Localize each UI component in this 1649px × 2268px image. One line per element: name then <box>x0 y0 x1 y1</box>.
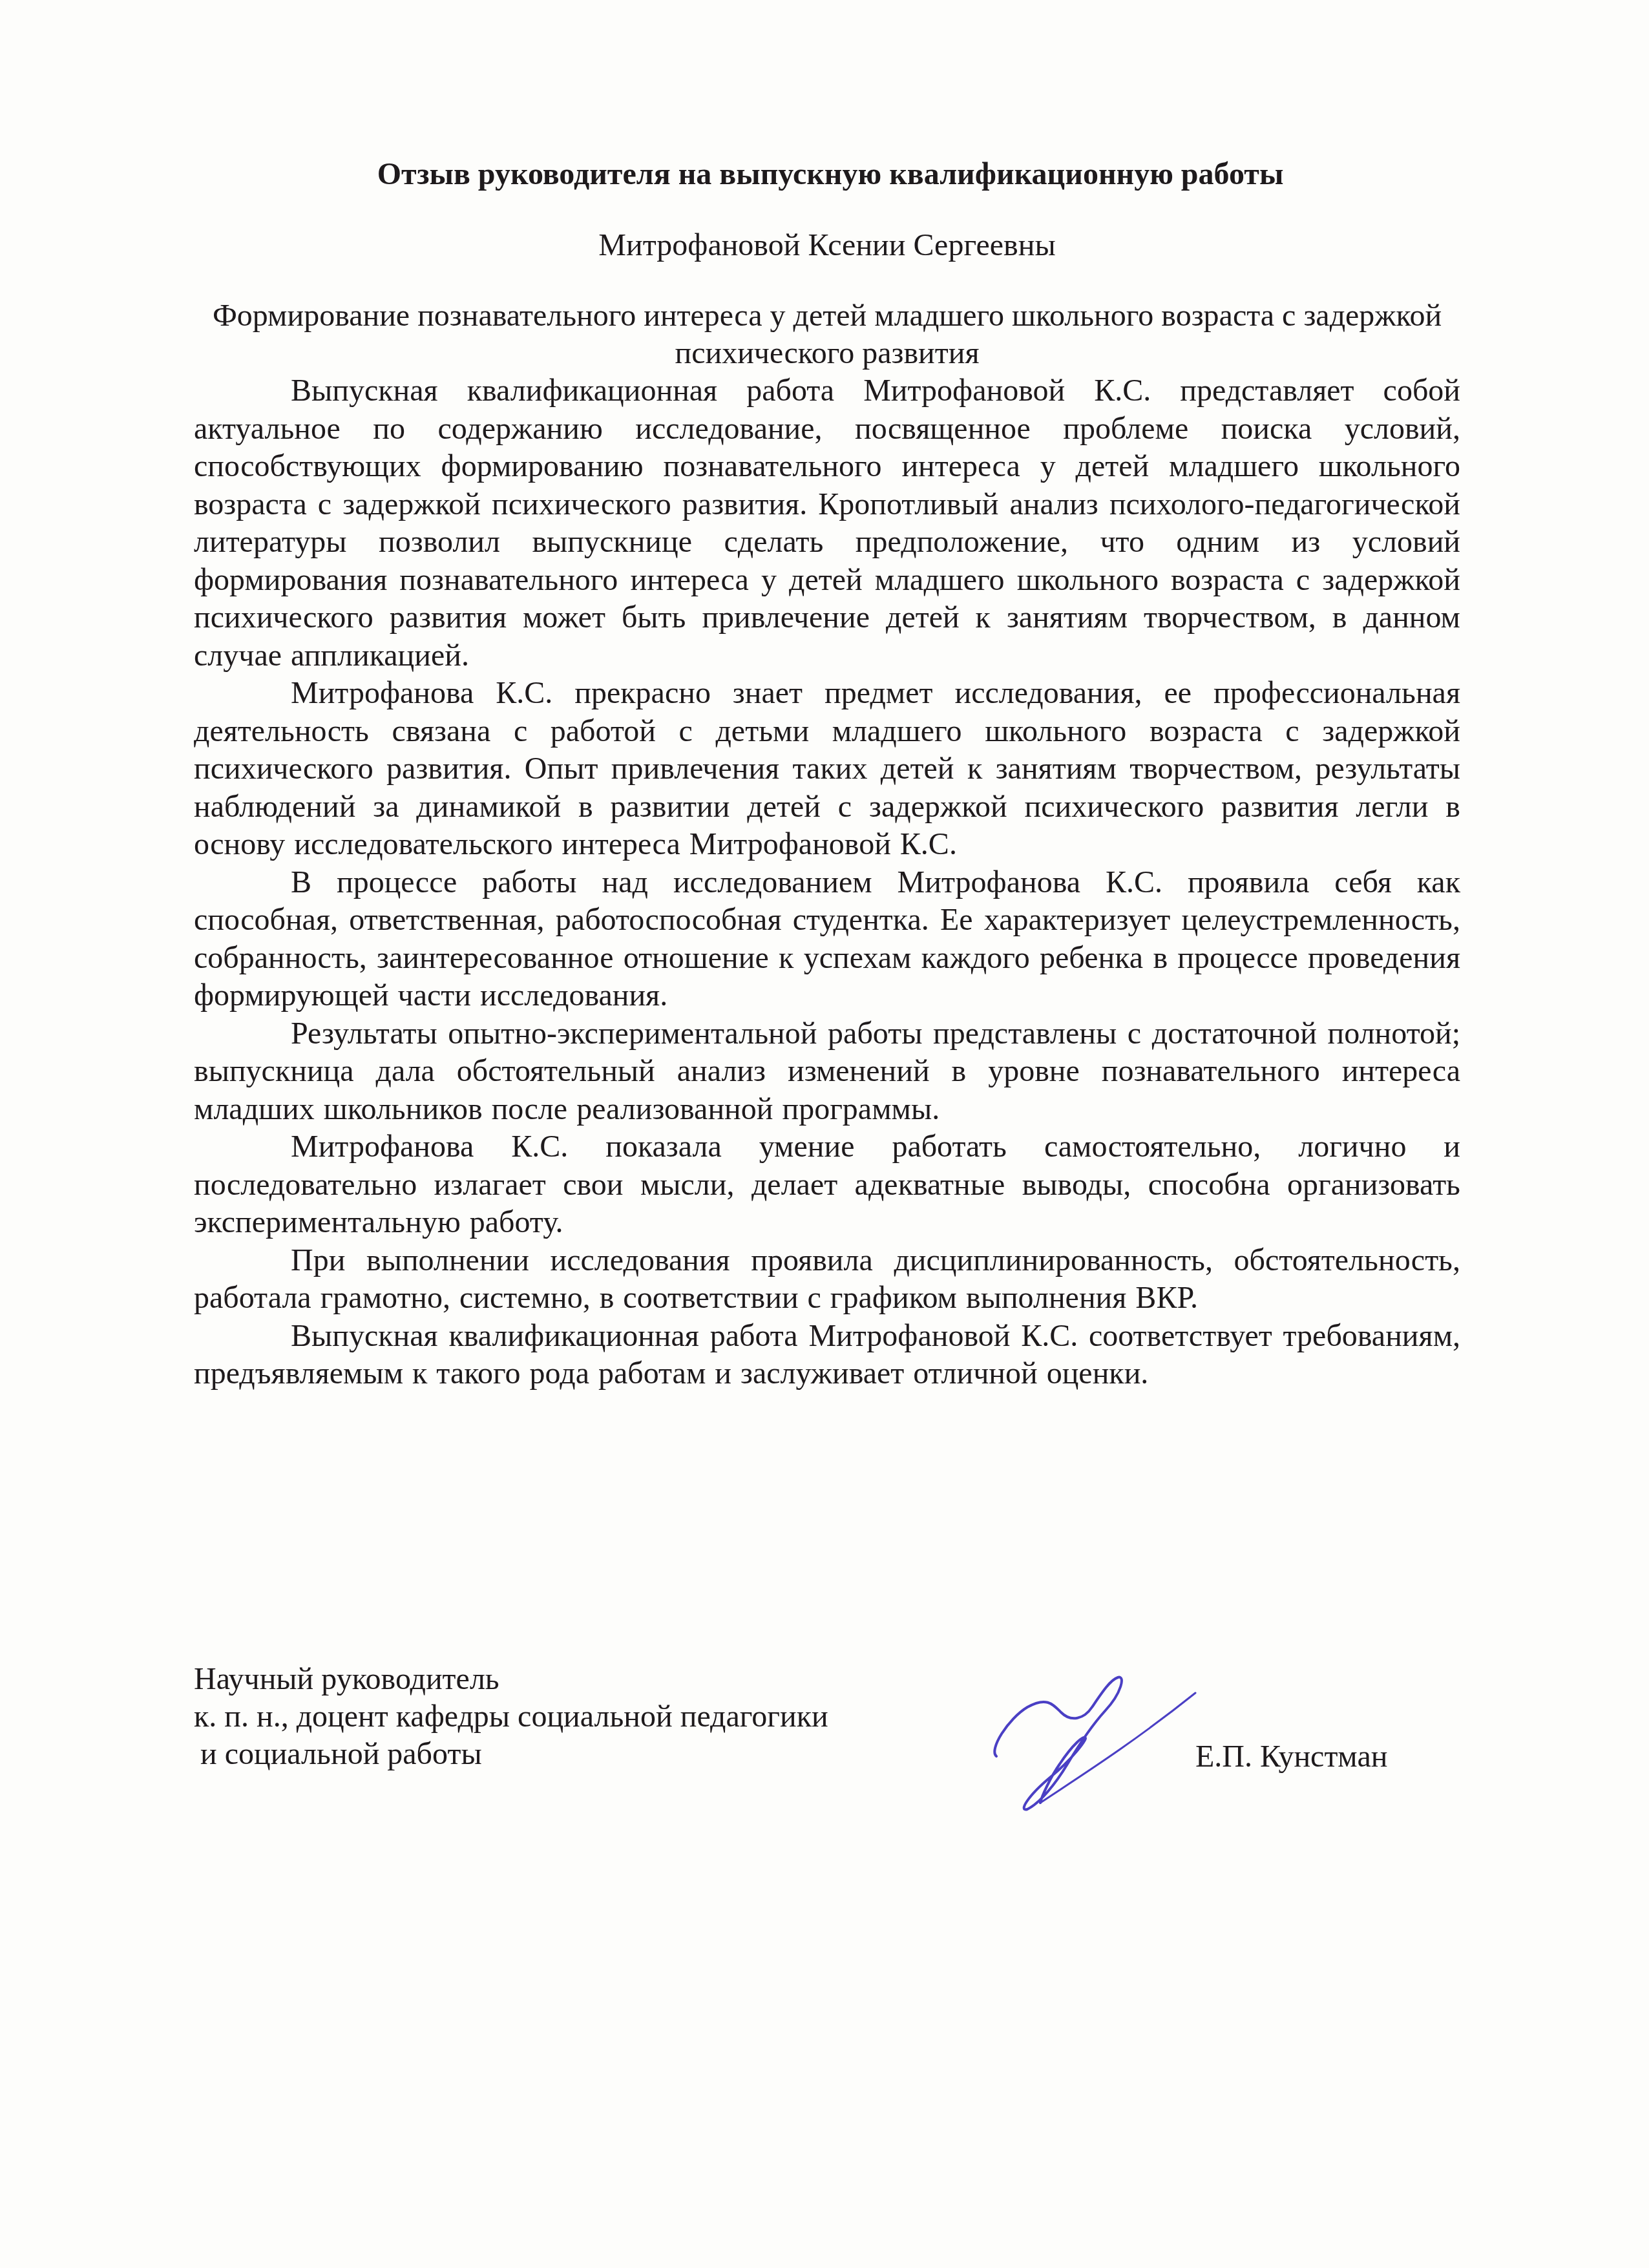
thesis-topic: Формирование познавательного интереса у … <box>194 297 1460 372</box>
paragraph-conclusion: Выпускная квалификационная работа Митроф… <box>194 1318 1460 1393</box>
paragraph-results: Результаты опытно-экспериментальной рабо… <box>194 1015 1460 1129</box>
paragraph-discipline: При выполнении исследования проявила дис… <box>194 1242 1460 1318</box>
paragraph-relevance: Выпускная квалификационная работа Митроф… <box>194 372 1460 675</box>
supervisor-name: Е.П. Кунстман <box>1195 1738 1387 1776</box>
review-document: Отзыв руководителя на выпускную квалифик… <box>194 155 1460 1393</box>
student-name: Митрофановой Ксении Сергеевны <box>194 226 1460 265</box>
paragraph-expertise: Митрофанова К.С. прекрасно знает предмет… <box>194 675 1460 864</box>
handwritten-signature-icon <box>989 1674 1208 1822</box>
supervisor-credentials: Научный руководитель к. п. н., доцент ка… <box>194 1661 828 1773</box>
supervisor-degree: к. п. н., доцент кафедры социальной педа… <box>194 1698 828 1736</box>
supervisor-role: Научный руководитель <box>194 1661 828 1698</box>
review-body: Выпускная квалификационная работа Митроф… <box>194 372 1460 1393</box>
paragraph-qualities: В процессе работы над исследованием Митр… <box>194 864 1460 1015</box>
signature-block: Научный руководитель к. п. н., доцент ка… <box>194 1661 1460 1854</box>
supervisor-department: и социальной работы <box>194 1736 828 1773</box>
paragraph-skills: Митрофанова К.С. показала умение работат… <box>194 1128 1460 1242</box>
document-title: Отзыв руководителя на выпускную квалифик… <box>194 155 1460 194</box>
